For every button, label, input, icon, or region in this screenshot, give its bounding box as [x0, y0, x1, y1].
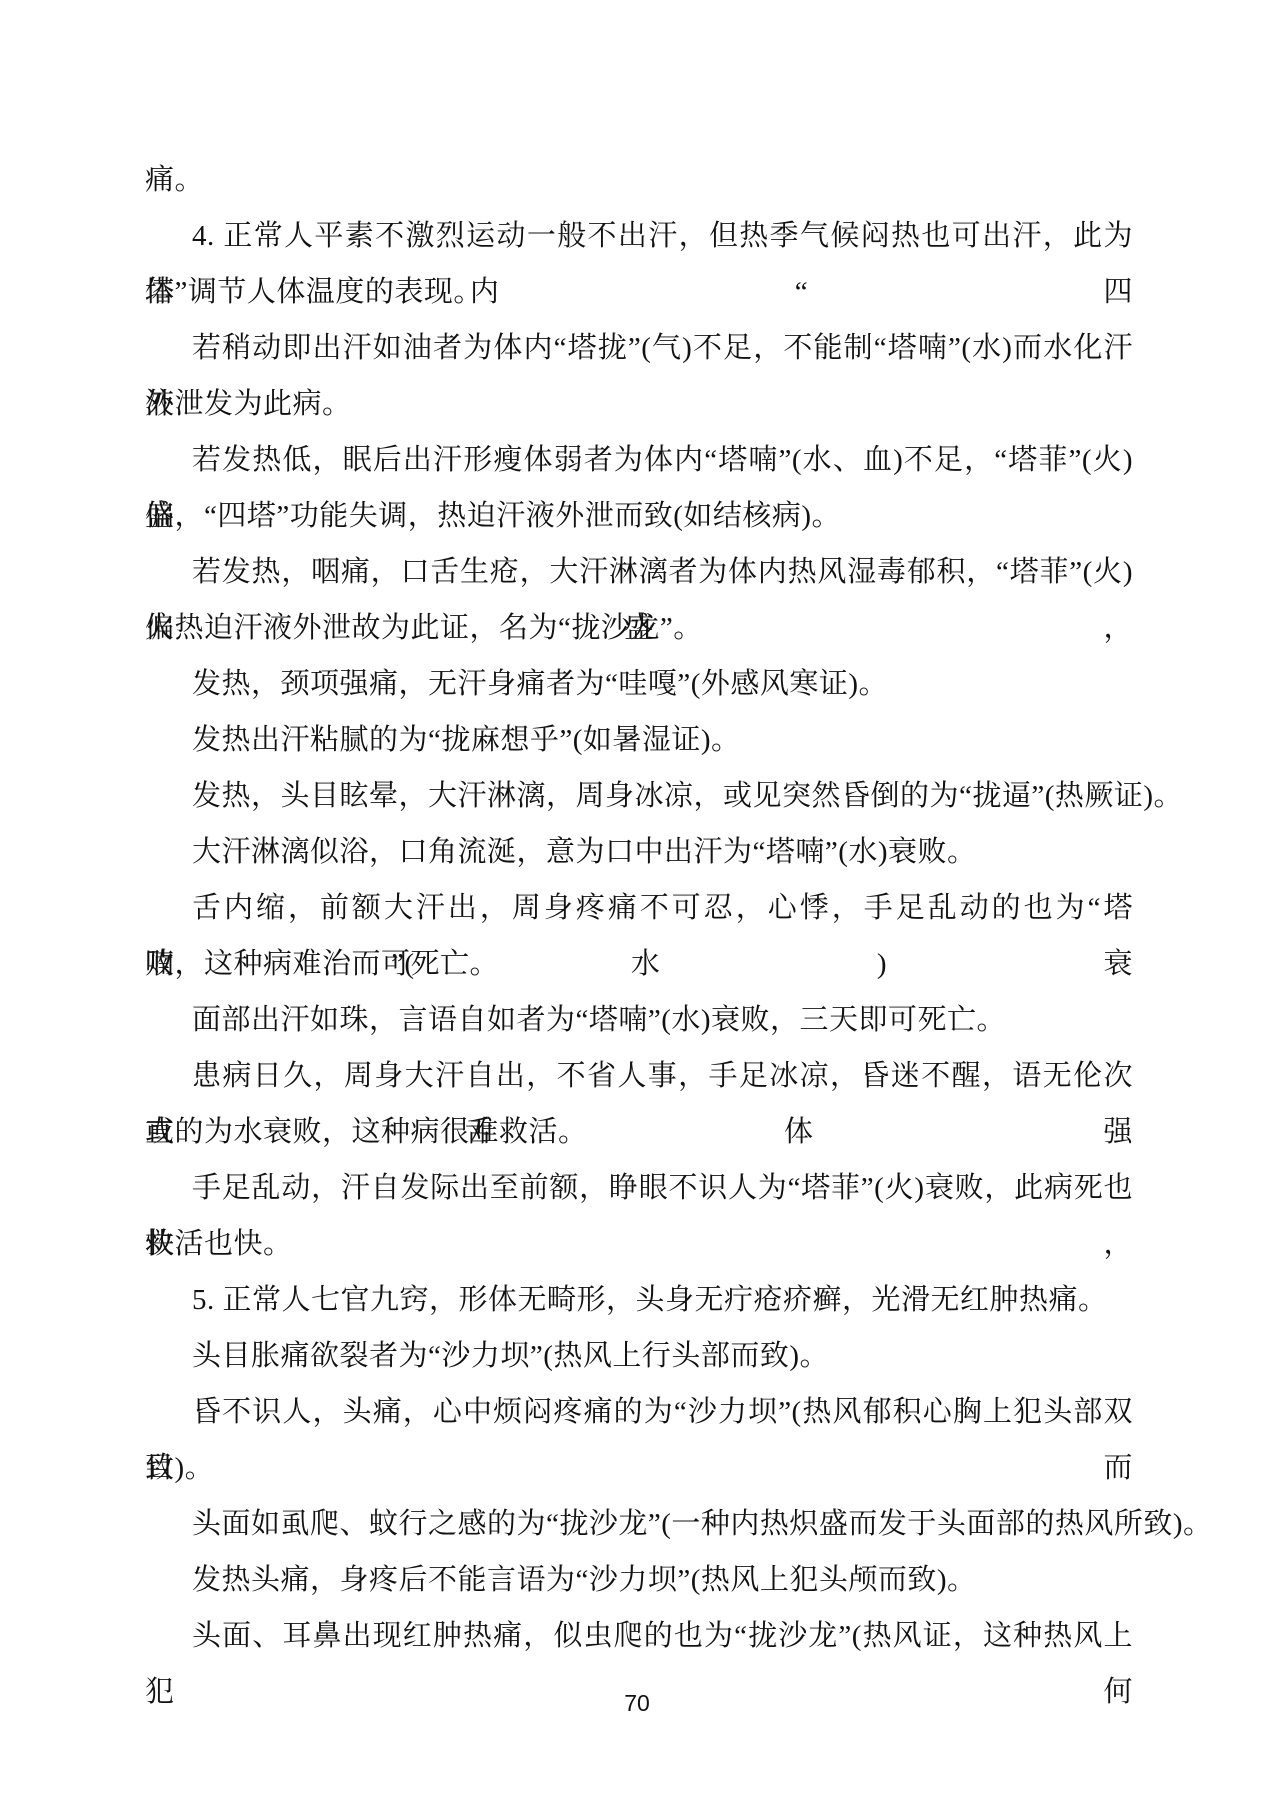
text-line: 面部出汗如珠，言语自如者为“塔喃”(水)衰败，三天即可死亡。	[145, 992, 1133, 1048]
text-line: 昏不识人，头痛，心中烦闷疼痛的为“沙力坝”(热风郁积心胸上犯头部双目而	[145, 1384, 1133, 1440]
text-line: 若发热低，眠后出汗形瘦体弱者为体内“塔喃”(水、血)不足，“塔菲”(火)偏	[145, 432, 1133, 488]
text-line: 外泄发为此病。	[145, 376, 1133, 432]
text-line: 头面、耳鼻出现红肿热痛，似虫爬的也为“拢沙龙”(热风证，这种热风上犯何	[145, 1608, 1133, 1664]
text-line: 头面如虱爬、蚊行之感的为“拢沙龙”(一种内热炽盛而发于头面部的热风所致)。	[145, 1496, 1133, 1552]
text-line: 大汗淋漓似浴，口角流涎，意为口中出汗为“塔喃”(水)衰败。	[145, 824, 1133, 880]
text-line: 发热，颈项强痛，无汗身痛者为“哇嘎”(外感风寒证)。	[145, 656, 1133, 712]
text-block: 痛。 4. 正常人平素不激烈运动一般不出汗，但热季气候闷热也可出汗，此为体内“四…	[145, 152, 1133, 1664]
text-line: 4. 正常人平素不激烈运动一般不出汗，但热季气候闷热也可出汗，此为体内“四	[145, 208, 1133, 264]
page-number: 70	[0, 1688, 1274, 1718]
text-line: 5. 正常人七官九窍，形体无畸形，头身无疔疮疥癣，光滑无红肿热痛。	[145, 1272, 1133, 1328]
text-line: 发热头痛，身疼后不能言语为“沙力坝”(热风上犯头颅而致)。	[145, 1552, 1133, 1608]
text-line: 头目胀痛欲裂者为“沙力坝”(热风上行头部而致)。	[145, 1328, 1133, 1384]
text-line: 患病日久，周身大汗自出，不省人事，手足冰凉，昏迷不醒，语无伦次或舌体强	[145, 1048, 1133, 1104]
text-line: 发热，头目眩晕，大汗淋漓，周身冰凉，或见突然昏倒的为“拢逼”(热厥证)。	[145, 768, 1133, 824]
text-line: 手足乱动，汗自发际出至前额，睁眼不识人为“塔菲”(火)衰败，此病死也快，	[145, 1160, 1133, 1216]
text-line: 舌内缩，前额大汗出，周身疼痛不可忍，心悸，手足乱动的也为“塔喃”(水)衰	[145, 880, 1133, 936]
text-line: 若发热，咽痛，口舌生疮，大汗淋漓者为体内热风湿毒郁积，“塔菲”(火)偏盛，	[145, 544, 1133, 600]
text-line: 发热出汗粘腻的为“拢麻想乎”(如暑湿证)。	[145, 712, 1133, 768]
text-line: 痛。	[145, 152, 1133, 208]
text-line: 盛，“四塔”功能失调，热迫汗液外泄而致(如结核病)。	[145, 488, 1133, 544]
text-line: 若稍动即出汗如油者为体内“塔拢”(气)不足，不能制“塔喃”(水)而水化汗液	[145, 320, 1133, 376]
document-page: 痛。 4. 正常人平素不激烈运动一般不出汗，但热季气候闷热也可出汗，此为体内“四…	[0, 0, 1274, 1801]
